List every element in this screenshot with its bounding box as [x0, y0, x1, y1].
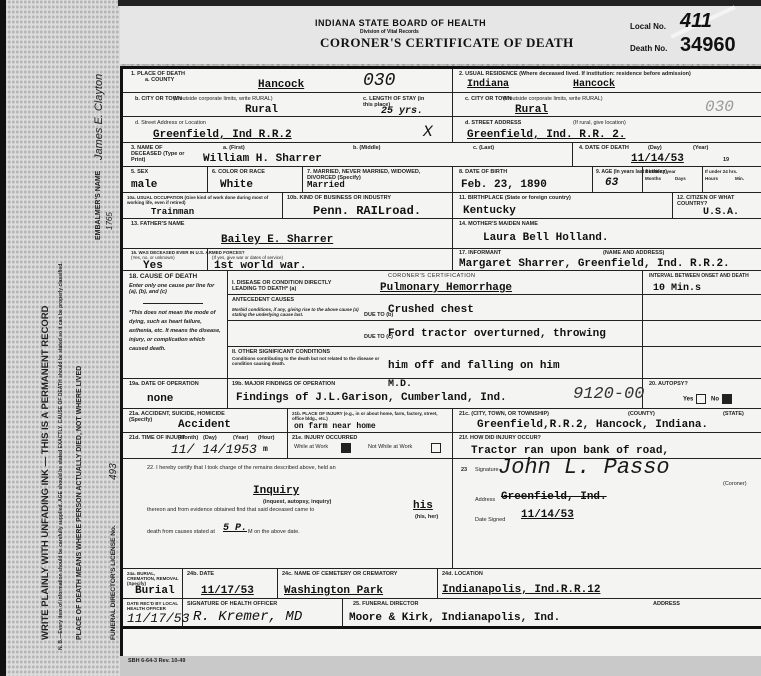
injury-location-value[interactable]: Greenfield,R.R.2, Hancock, Indiana. — [477, 419, 708, 431]
residence-street-cell: d. STREET ADDRESS (If rural, give locati… — [453, 117, 761, 143]
city-hint: (If outside corporate limits, write RURA… — [173, 96, 273, 102]
race-label: 6. COLOR OR RACE — [212, 169, 265, 175]
cause-b-cell: ANTECEDENT CAUSES Morbid conditions, if … — [228, 295, 643, 321]
divider — [143, 303, 203, 304]
autopsy-yes-label: Yes — [683, 397, 693, 403]
county-code: 030 — [363, 71, 395, 91]
age-value[interactable]: 63 — [605, 177, 618, 189]
age-cell: 9. AGE (In years last birthday) 63 — [593, 167, 643, 193]
findings-prefix: M.D. — [388, 379, 412, 390]
date-signed-value[interactable]: 11/14/53 — [521, 509, 574, 521]
funeral-director-license-label: FUNERAL DIRECTOR'S LICENSE No. — [110, 525, 117, 640]
certify-text-4: M on the above date. — [248, 529, 300, 535]
war-cell: (If yes, give war or dates of service) 1… — [208, 249, 453, 271]
interval-b-cell — [643, 295, 761, 321]
residence-street-value[interactable]: Greenfield, Ind. R.R. 2. — [467, 129, 625, 141]
residence-city-hint: (If outside corporate limits, write RURA… — [503, 96, 603, 102]
while-at-work-label: While at Work — [294, 444, 328, 450]
cause-c-cell: DUE TO (c) Ford tractor overturned, thro… — [228, 321, 643, 347]
not-at-work-label: Not While at Work — [368, 444, 412, 450]
interval-other-cell — [643, 347, 761, 379]
residence-street-hint: (If rural, give location) — [573, 120, 626, 126]
interval-cell: INTERVAL BETWEEN ONSET AND DEATH 10 Min.… — [643, 271, 761, 295]
injury-type-cell: 21a. ACCIDENT, SUICIDE, HOMICIDE (Specif… — [123, 409, 288, 433]
burial-date-label: 24b. DATE — [187, 571, 214, 577]
injury-place-value[interactable]: on farm near home — [294, 422, 376, 431]
injury-hour-label: (Hour) — [258, 435, 275, 441]
certify-text-2: thereon and from evidence obtained find … — [147, 507, 314, 513]
operation-date-cell: 19a. DATE OF OPERATION none — [123, 379, 228, 409]
father-label: 13. FATHER'S NAME — [131, 221, 184, 227]
under-1-year-label: If under 1 year — [645, 169, 676, 175]
mother-cell: 14. MOTHER'S MAIDEN NAME Laura Bell Holl… — [453, 219, 761, 249]
signature-label: Signature — [475, 467, 499, 473]
deceased-name-value[interactable]: William H. Sharrer — [203, 153, 322, 165]
name-label: 3. NAME OF DECEASED (Type or Print) — [131, 145, 186, 163]
armed-forces-cell: 15. WAS DECEASED EVER IN U.S. ARMED FORC… — [123, 249, 208, 271]
autopsy-options: Yes No — [683, 394, 735, 404]
injury-time-label: 21d. TIME OF INJURY — [129, 435, 185, 441]
day-label: (Day) — [648, 145, 662, 151]
residence-city-value[interactable]: Rural — [515, 104, 548, 116]
injury-hour-value[interactable]: m — [263, 445, 268, 454]
cause-footnote: *This does not mean the mode of dying, s… — [129, 309, 223, 354]
middle-name-label: b. (Middle) — [353, 145, 381, 151]
injury-at-work-cell: 21e. INJURY OCCURRED While at Work Not W… — [288, 433, 453, 459]
certify-text: 22. I hereby certify that I took charge … — [147, 465, 336, 471]
certificate-header: INDIANA STATE BOARD OF HEALTH Division o… — [120, 6, 761, 64]
last-name-label: c. (Last) — [473, 145, 494, 151]
birth-date-label: 8. DATE OF BIRTH — [459, 169, 507, 175]
injury-place-cell: 21b. PLACE OF INJURY (e.g., in or about … — [288, 409, 453, 433]
other-conditions-label: II. OTHER SIGNIFICANT CONDITIONS — [232, 349, 330, 355]
other-conditions-hint: Conditions contributing to the death but… — [232, 356, 382, 366]
certificate-title: CORONER'S CERTIFICATE OF DEATH — [320, 35, 574, 51]
birth-date-cell: 8. DATE OF BIRTH Feb. 23, 1890 — [453, 167, 593, 193]
father-value[interactable]: Bailey E. Sharrer — [221, 234, 333, 246]
other-conditions-value[interactable]: him off and falling on him — [388, 360, 560, 372]
health-officer-cell: SIGNATURE OF HEALTH OFFICER R. Kremer, M… — [183, 599, 343, 629]
cemetery-cell: 24c. NAME OF CEMETERY OR CREMATORY Washi… — [278, 569, 438, 599]
hours-label: Hours — [705, 176, 718, 182]
injury-year-label: (Year) — [233, 435, 248, 441]
year-prefix: 19 — [723, 157, 729, 163]
due-to-b-value[interactable]: Crushed chest — [388, 304, 474, 316]
cemetery-label: 24c. NAME OF CEMETERY OR CREMATORY — [282, 571, 397, 577]
date-signed-label: Date Signed — [475, 517, 505, 523]
local-no: 411 — [680, 10, 712, 33]
first-name-label: a. (First) — [223, 145, 245, 151]
birthplace-label: 11. BIRTHPLACE (State or foreign country… — [459, 195, 571, 201]
residence-county-value[interactable]: Hancock — [573, 79, 615, 90]
residence-city-code: 030 — [705, 98, 734, 116]
date-of-death-value[interactable]: 11/14/53 — [631, 153, 684, 165]
informant-label: 17. INFORMANT — [459, 250, 501, 256]
race-value[interactable]: White — [220, 179, 253, 191]
antecedent-hint: Morbid conditions, if any, giving rise t… — [232, 307, 362, 317]
scan-edge — [0, 0, 6, 676]
birth-date-value[interactable]: Feb. 23, 1890 — [461, 179, 547, 191]
occupation-label: 10a. USUAL OCCUPATION (Give kind of work… — [127, 195, 277, 205]
burial-location-label: 24d. LOCATION — [442, 571, 483, 577]
held-hint: (inquest, autopsy, inquiry) — [263, 499, 331, 505]
birthplace-value[interactable]: Kentucky — [463, 205, 516, 217]
signature-cell: 23 Signature John L. Passo (Coroner) Add… — [453, 459, 761, 569]
form-footer: SBH 6-64-3 Rev. 10-49 — [120, 656, 761, 676]
injury-place-label: 21b. PLACE OF INJURY (e.g., in or about … — [292, 411, 450, 421]
x-mark: X — [423, 123, 433, 141]
interval-c-cell — [643, 321, 761, 347]
days-label: Days — [675, 176, 686, 182]
injury-month-label: (Month) — [178, 435, 198, 441]
business-value[interactable]: Penn. RAILroad. — [313, 204, 421, 218]
residence-state-value[interactable]: Indiana — [467, 79, 509, 90]
months-label: Months — [645, 176, 661, 182]
autopsy-no-checkbox[interactable] — [722, 394, 732, 404]
year-label: (Year) — [693, 145, 708, 151]
residence-city-cell: c. CITY OR TOWN (If outside corporate li… — [453, 93, 761, 117]
under-24-hours-cell: If under 24 hrs. Hours Min. — [703, 167, 761, 193]
place-of-death-county-cell: 1. PLACE OF DEATH a. COUNTY Hancock 030 — [123, 69, 453, 93]
death-no: 34960 — [680, 34, 736, 57]
citizen-label: 12. CITIZEN OF WHAT COUNTRY? — [677, 195, 761, 207]
death-county-value[interactable]: Hancock — [258, 79, 304, 91]
residence-state-cell: 2. USUAL RESIDENCE (Where deceased lived… — [453, 69, 761, 93]
form-number: SBH 6-64-3 Rev. 10-49 — [128, 658, 185, 664]
handwritten-code: 9120-00 — [573, 385, 644, 404]
pronoun-hint: (his, her) — [415, 514, 438, 520]
injury-time-value[interactable]: 11/ 14/1953 — [171, 442, 257, 457]
operation-findings-cell: 19b. MAJOR FINDINGS OF OPERATION M.D. Fi… — [228, 379, 643, 409]
death-city-value[interactable]: Rural — [245, 104, 278, 116]
embalmer-label: EMBALMER'S NAME — [95, 171, 102, 240]
registrar-date-label: DATE REC'D BY LOCAL HEALTH OFFICER — [127, 601, 182, 611]
father-cell: 13. FATHER'S NAME Bailey E. Sharrer — [123, 219, 453, 249]
signature-address-label: Address — [475, 497, 495, 503]
antecedent-causes-label: ANTECEDENT CAUSES — [232, 297, 294, 303]
coroner-signature: John L. Passo — [498, 455, 670, 480]
address-label: d. Street Address or Location — [135, 120, 206, 126]
race-cell: 6. COLOR OR RACE White — [208, 167, 303, 193]
date-of-death-cell: 4. DATE OF DEATH (Day) (Year) 11/14/53 1… — [573, 143, 761, 167]
occupation-value[interactable]: Trainman — [151, 207, 194, 217]
county-label: a. COUNTY — [145, 77, 174, 83]
death-no-label: Death No. — [630, 44, 667, 53]
embalmer-license: 1765 — [105, 212, 114, 230]
informant-cell: 17. INFORMANT (NAME AND ADDRESS) Margare… — [453, 249, 761, 271]
injury-type-value[interactable]: Accident — [178, 419, 231, 431]
funeral-director-cell: 25. FUNERAL DIRECTOR ADDRESS Moore & Kir… — [343, 599, 761, 629]
interval-label: INTERVAL BETWEEN ONSET AND DEATH — [649, 273, 759, 279]
registrar-date-value[interactable]: 11/17/53 — [127, 611, 189, 626]
injury-city-label: 21c. (CITY, TOWN, OR TOWNSHIP) — [459, 411, 549, 417]
minutes-label: Min. — [735, 176, 744, 182]
injury-how-label: 21f. HOW DID INJURY OCCUR? — [459, 435, 541, 441]
under-24-hours-label: If under 24 hrs. — [705, 169, 737, 175]
place-of-death-address-cell: d. Street Address or Location Greenfield… — [123, 117, 453, 143]
business-label: 10b. KIND OF BUSINESS OR INDUSTRY — [287, 195, 391, 201]
cause-instructions: Enter only one cause per line for (a), (… — [129, 283, 223, 295]
injury-time-cell: 21d. TIME OF INJURY (Month) (Day) (Year)… — [123, 433, 288, 459]
agency-name: INDIANA STATE BOARD OF HEALTH — [315, 18, 486, 28]
burial-type-value[interactable]: Burial — [135, 585, 175, 597]
coroner-role-label: (Coroner) — [723, 481, 747, 487]
burial-type-cell: 24a. BURIAL, CREMATION, REMOVAL (Specify… — [123, 569, 183, 599]
death-time-value[interactable]: 5 P. — [223, 523, 247, 534]
operation-findings-label: 19b. MAJOR FINDINGS OF OPERATION — [232, 381, 335, 387]
burial-date-cell: 24b. DATE 11/17/53 — [183, 569, 278, 599]
injury-state-label: (STATE) — [723, 411, 744, 417]
place-of-death-city-cell: b. CITY OR TOWN (If outside corporate li… — [123, 93, 453, 117]
health-officer-signature: R. Kremer, MD — [193, 609, 302, 625]
registrar-date-cell: DATE REC'D BY LOCAL HEALTH OFFICER 11/17… — [123, 599, 183, 629]
certify-text-3: death from causes stated at — [147, 529, 215, 535]
autopsy-cell: 20. AUTOPSY? Yes No — [643, 379, 761, 409]
injury-occurred-label: 21e. INJURY OCCURRED — [292, 435, 357, 441]
burial-location-cell: 24d. LOCATION Indianapolis, Ind.R.R.12 — [438, 569, 761, 599]
cause-immediate-cell: CORONER'S CERTIFICATION I. DISEASE OR CO… — [228, 271, 643, 295]
injury-county-label: (COUNTY) — [628, 411, 655, 417]
certificate-form: 1. PLACE OF DEATH a. COUNTY Hancock 030 … — [120, 66, 761, 656]
informant-hint: (NAME AND ADDRESS) — [603, 250, 664, 256]
citizen-value[interactable]: U.S.A. — [703, 207, 739, 218]
funeral-director-label: 25. FUNERAL DIRECTOR — [353, 601, 419, 607]
funeral-director-address-label: ADDRESS — [653, 601, 680, 607]
marital-value[interactable]: Married — [307, 180, 345, 190]
autopsy-no-label: No — [711, 397, 719, 403]
autopsy-label: 20. AUTOPSY? — [649, 381, 688, 387]
cause-instructions-cell: 18. CAUSE OF DEATH Enter only one cause … — [123, 271, 228, 379]
burial-location-value[interactable]: Indianapolis, Ind.R.R.12 — [442, 584, 600, 596]
held-value[interactable]: Inquiry — [253, 485, 299, 497]
health-officer-label: SIGNATURE OF HEALTH OFFICER — [187, 601, 277, 607]
funeral-director-value[interactable]: Moore & Kirk, Indianapolis, Ind. — [349, 612, 560, 624]
residence-label: 2. USUAL RESIDENCE (Where deceased lived… — [459, 71, 691, 77]
pronoun-value[interactable]: his — [413, 500, 433, 512]
injury-location-cell: 21c. (CITY, TOWN, OR TOWNSHIP) (COUNTY) … — [453, 409, 761, 433]
margin-warning-text: WRITE PLAINLY WITH UNFADING INK — THIS I… — [40, 306, 51, 640]
operation-date-label: 19a. DATE OF OPERATION — [129, 381, 199, 387]
mother-value[interactable]: Laura Bell Holland. — [483, 232, 608, 244]
stay-value[interactable]: 25 yrs. — [381, 106, 423, 117]
occupation-cell: 10a. USUAL OCCUPATION (Give kind of work… — [123, 193, 283, 219]
sex-label: 5. SEX — [131, 169, 148, 175]
funeral-director-license: 493 — [108, 463, 119, 480]
operation-date-value[interactable]: none — [147, 393, 173, 405]
left-margin: WRITE PLAINLY WITH UNFADING INK — THIS I… — [0, 0, 120, 676]
business-cell: 10b. KIND OF BUSINESS OR INDUSTRY Penn. … — [283, 193, 453, 219]
informant-value[interactable]: Margaret Sharrer, Greenfield, Ind. R.R.2… — [459, 258, 730, 270]
due-to-c-value[interactable]: Ford tractor overturned, throwing — [388, 328, 606, 340]
birthplace-cell: 11. BIRTHPLACE (State or foreign country… — [453, 193, 673, 219]
cause-section-label: 18. CAUSE OF DEATH — [129, 274, 197, 280]
immediate-cause-value[interactable]: Pulmonary Hemorrhage — [380, 282, 512, 294]
marital-cell: 7. MARRIED, NEVER MARRIED, WIDOWED, DIVO… — [303, 167, 453, 193]
operation-findings-value[interactable]: Findings of J.L.Garison, Cumberland, Ind… — [236, 392, 507, 404]
name-cell: 3. NAME OF DECEASED (Type or Print) a. (… — [123, 143, 573, 167]
autopsy-yes-checkbox[interactable] — [696, 394, 706, 404]
local-no-label: Local No. — [630, 22, 666, 31]
margin-place-note: PLACE OF DEATH MEANS WHERE PERSON ACTUAL… — [76, 366, 83, 640]
certification-cell: 22. I hereby certify that I took charge … — [123, 459, 453, 569]
other-conditions-cell: II. OTHER SIGNIFICANT CONDITIONS Conditi… — [228, 347, 643, 379]
not-at-work-checkbox[interactable] — [431, 443, 441, 453]
margin-note-text: N. B.—Every item of information should b… — [58, 130, 64, 650]
immediate-cause-label: I. DISEASE OR CONDITION DIRECTLY LEADING… — [232, 280, 342, 292]
death-address-value[interactable]: Greenfield, Ind R.R.2 — [153, 129, 292, 141]
burial-date-value[interactable]: 11/17/53 — [201, 585, 254, 597]
signature-address-value[interactable]: Greenfield, Ind. — [501, 491, 607, 503]
while-at-work-checkbox[interactable] — [341, 443, 351, 453]
burial-type-label: 24a. BURIAL, CREMATION, REMOVAL (Specify… — [127, 571, 182, 586]
item-number: 23 — [461, 467, 467, 473]
embalmer-name: James E. Clayton — [93, 74, 105, 160]
mother-label: 14. MOTHER'S MAIDEN NAME — [459, 221, 538, 227]
date-of-death-label: 4. DATE OF DEATH — [579, 145, 629, 151]
interval-value[interactable]: 10 Min.s — [653, 283, 701, 294]
coroner-certification-label: CORONER'S CERTIFICATION — [388, 273, 476, 279]
citizen-cell: 12. CITIZEN OF WHAT COUNTRY? U.S.A. — [673, 193, 761, 219]
cemetery-value[interactable]: Washington Park — [284, 585, 383, 597]
residence-street-label: d. STREET ADDRESS — [465, 120, 521, 126]
under-1-year-cell: If under 1 year Months Days — [643, 167, 703, 193]
sex-cell: 5. SEX male — [123, 167, 208, 193]
sex-value[interactable]: male — [131, 179, 157, 191]
injury-day-label: (Day) — [203, 435, 217, 441]
